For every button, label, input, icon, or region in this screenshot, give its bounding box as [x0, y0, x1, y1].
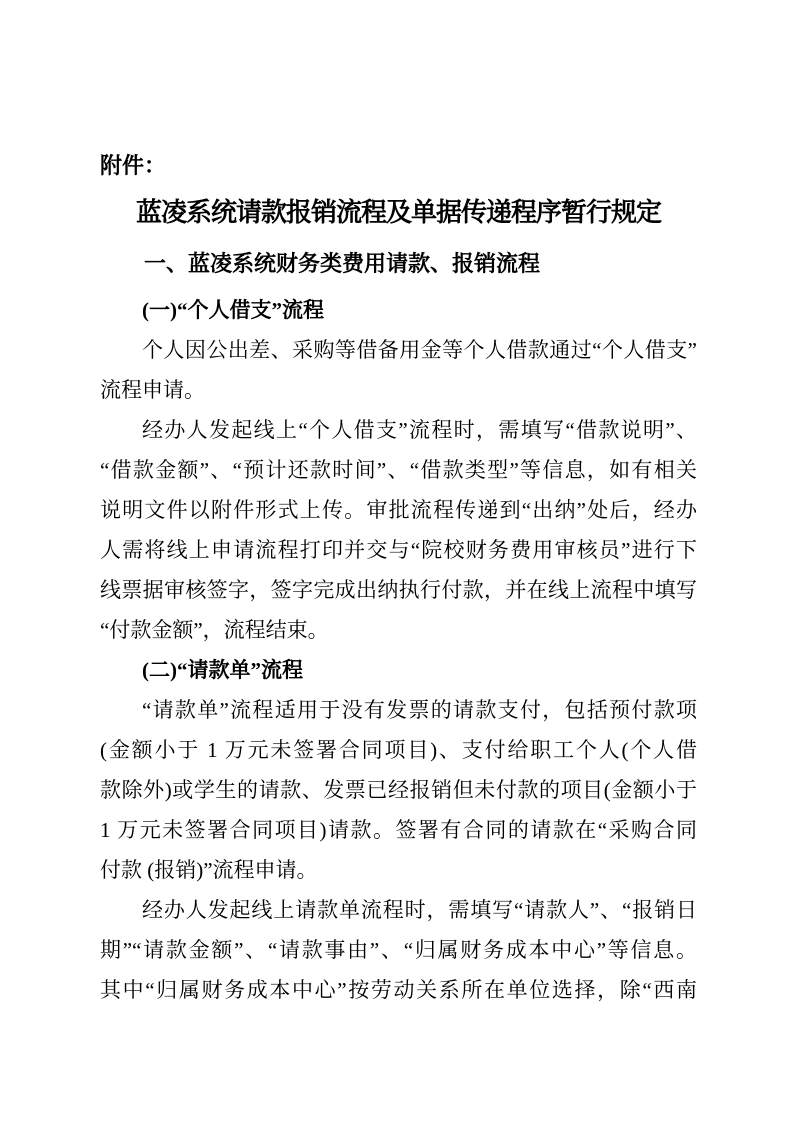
sub-heading: (二)“请款单”流程 — [100, 650, 697, 690]
paragraph-line: 付款 (报销)”流程申请。 — [100, 850, 697, 890]
paragraph-line: “请款单”流程适用于没有发票的请款支付，包括预付款项 — [100, 690, 697, 730]
body-paragraph: 个人因公出差、采购等借备用金等个人借款通过“个人借支”流程申请。 — [100, 330, 697, 410]
paragraph-line: 其中“归属财务成本中心”按劳动关系所在单位选择，除“西南 — [100, 970, 697, 1010]
paragraph-line: 人需将线上申请流程打印并交与“院校财务费用审核员”进行下 — [100, 530, 697, 570]
document-page: 附件： 蓝凌系统请款报销流程及单据传递程序暂行规定 一、蓝凌系统财务类费用请款、… — [0, 0, 793, 1122]
paragraph-line: 流程申请。 — [100, 370, 697, 410]
paragraph-line: 线票据审核签字，签字完成出纳执行付款，并在线上流程中填写 — [100, 570, 697, 610]
paragraph-line: 款除外)或学生的请款、发票已经报销但未付款的项目(金额小于 — [100, 770, 697, 810]
body-paragraph: 经办人发起线上“个人借支”流程时，需填写“借款说明”、“借款金额”、“预计还款时… — [100, 410, 697, 650]
paragraph-line: “付款金额”，流程结束。 — [100, 610, 697, 650]
document-title: 蓝凌系统请款报销流程及单据传递程序暂行规定 — [100, 186, 697, 238]
document-body: 一、蓝凌系统财务类费用请款、报销流程(一)“个人借支”流程个人因公出差、采购等借… — [100, 238, 697, 1010]
paragraph-line: (金额小于 1 万元未签署合同项目)、支付给职工个人(个人借 — [100, 730, 697, 770]
body-paragraph: 经办人发起线上请款单流程时，需填写“请款人”、“报销日期”“请款金额”、“请款事… — [100, 890, 697, 1010]
paragraph-line: 个人因公出差、采购等借备用金等个人借款通过“个人借支” — [100, 330, 697, 370]
attachment-label: 附件： — [100, 146, 697, 186]
sub-heading: (一)“个人借支”流程 — [100, 290, 697, 330]
paragraph-line: “借款金额”、“预计还款时间”、“借款类型”等信息，如有相关 — [100, 450, 697, 490]
paragraph-line: 期”“请款金额”、“请款事由”、“归属财务成本中心”等信息。 — [100, 930, 697, 970]
paragraph-line: 1 万元未签署合同项目)请款。签署有合同的请款在“采购合同 — [100, 810, 697, 850]
paragraph-line: 经办人发起线上请款单流程时，需填写“请款人”、“报销日 — [100, 890, 697, 930]
paragraph-line: 说明文件以附件形式上传。审批流程传递到“出纳”处后，经办 — [100, 490, 697, 530]
paragraph-line: 经办人发起线上“个人借支”流程时，需填写“借款说明”、 — [100, 410, 697, 450]
body-paragraph: “请款单”流程适用于没有发票的请款支付，包括预付款项(金额小于 1 万元未签署合… — [100, 690, 697, 890]
section-heading: 一、蓝凌系统财务类费用请款、报销流程 — [100, 238, 697, 290]
